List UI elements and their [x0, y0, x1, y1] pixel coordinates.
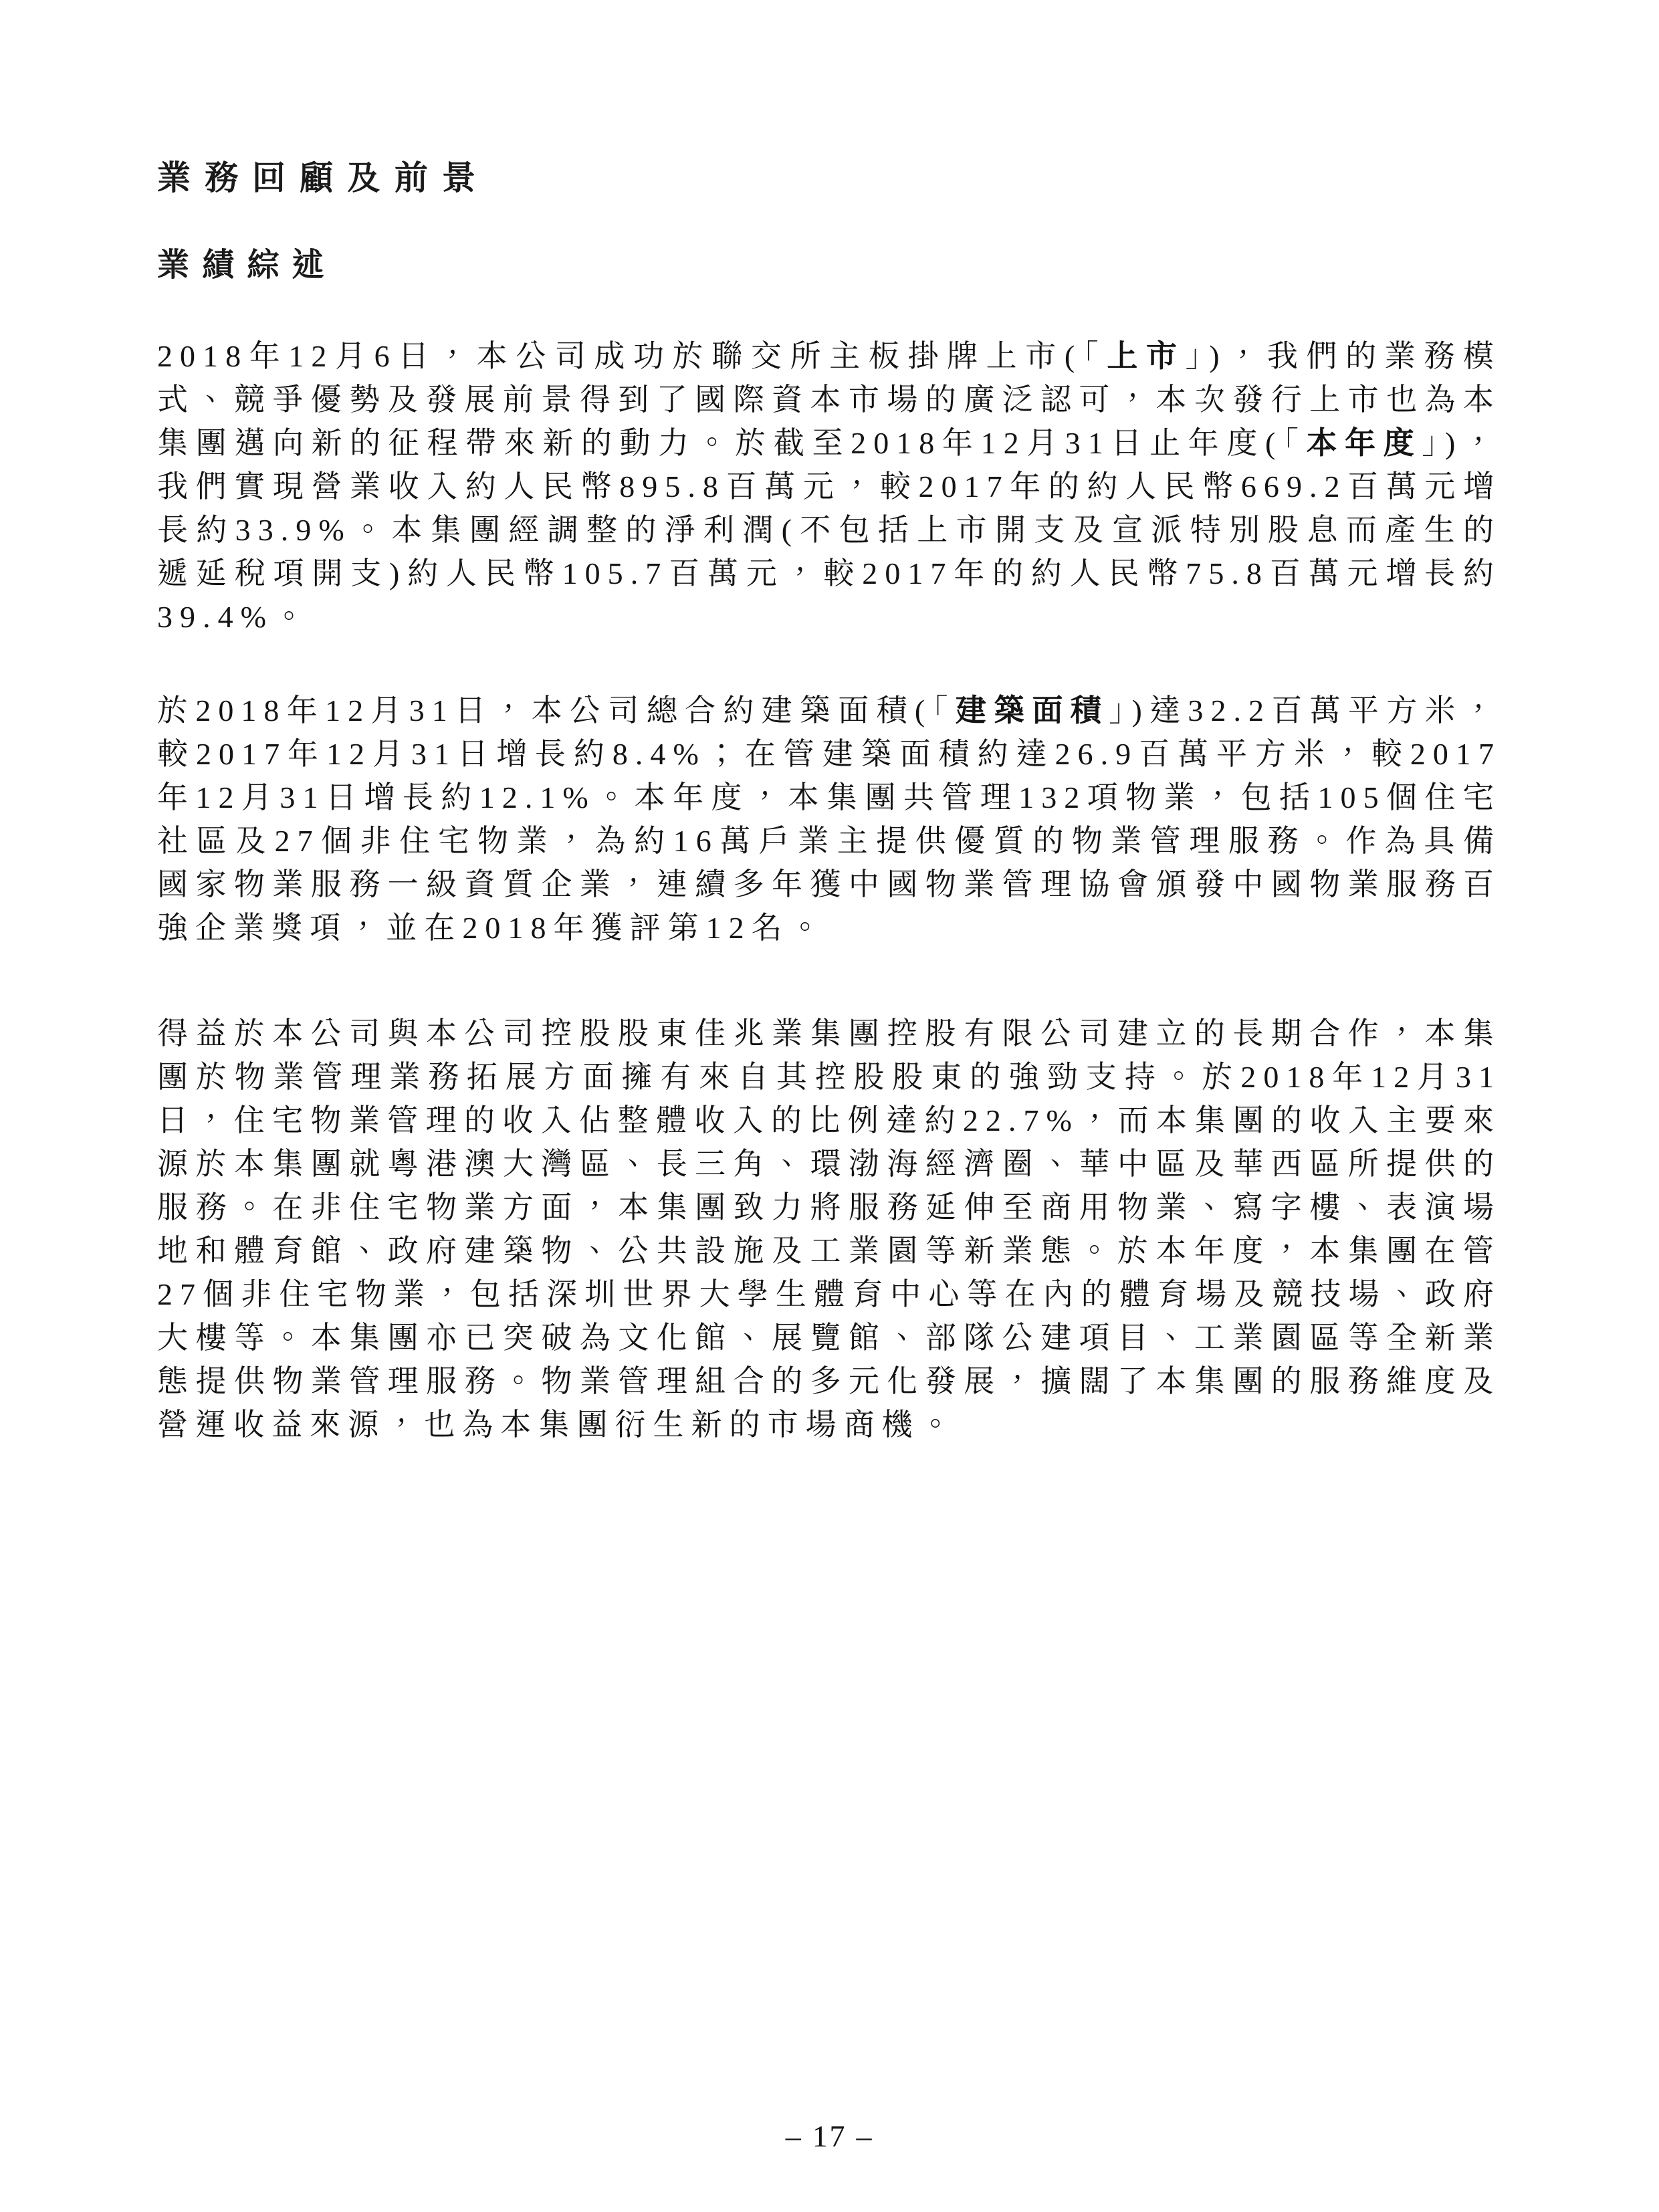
body-paragraphs: 2018年12月6日，本公司成功於聯交所主板掛牌上市(「上市」)，我們的業務模式…: [157, 334, 1501, 1446]
paragraph-text: 2018年12月6日，本公司成功於聯交所主板掛牌上市(「: [157, 339, 1107, 373]
section-heading: 業務回顧及前景: [157, 160, 1501, 195]
page-content: 業務回顧及前景 業績綜述 2018年12月6日，本公司成功於聯交所主板掛牌上市(…: [157, 0, 1501, 1446]
paragraph-text: 於2018年12月31日，本公司總合約建築面積(「: [157, 693, 956, 728]
paragraph-text: 」)達32.2百萬平方米，較2017年12月31日增長約8.4%；在管建築面積約…: [157, 693, 1501, 945]
body-paragraph: 得益於本公司與本公司控股股東佳兆業集團控股有限公司建立的長期合作，本集團於物業管…: [157, 1012, 1501, 1446]
defined-term-bold: 本年度: [1307, 426, 1422, 460]
document-page: { "page": { "heading": "業務回顧及前景", "subhe…: [0, 0, 1659, 2212]
defined-term-bold: 上市: [1107, 339, 1185, 373]
defined-term-bold: 建築面積: [956, 693, 1109, 728]
body-paragraph: 於2018年12月31日，本公司總合約建築面積(「建築面積」)達32.2百萬平方…: [157, 689, 1501, 950]
subsection-heading: 業績綜述: [157, 249, 1501, 282]
paragraph-text: 得益於本公司與本公司控股股東佳兆業集團控股有限公司建立的長期合作，本集團於物業管…: [157, 1016, 1501, 1442]
page-number: – 17 –: [0, 2118, 1659, 2154]
body-paragraph: 2018年12月6日，本公司成功於聯交所主板掛牌上市(「上市」)，我們的業務模式…: [157, 334, 1501, 639]
